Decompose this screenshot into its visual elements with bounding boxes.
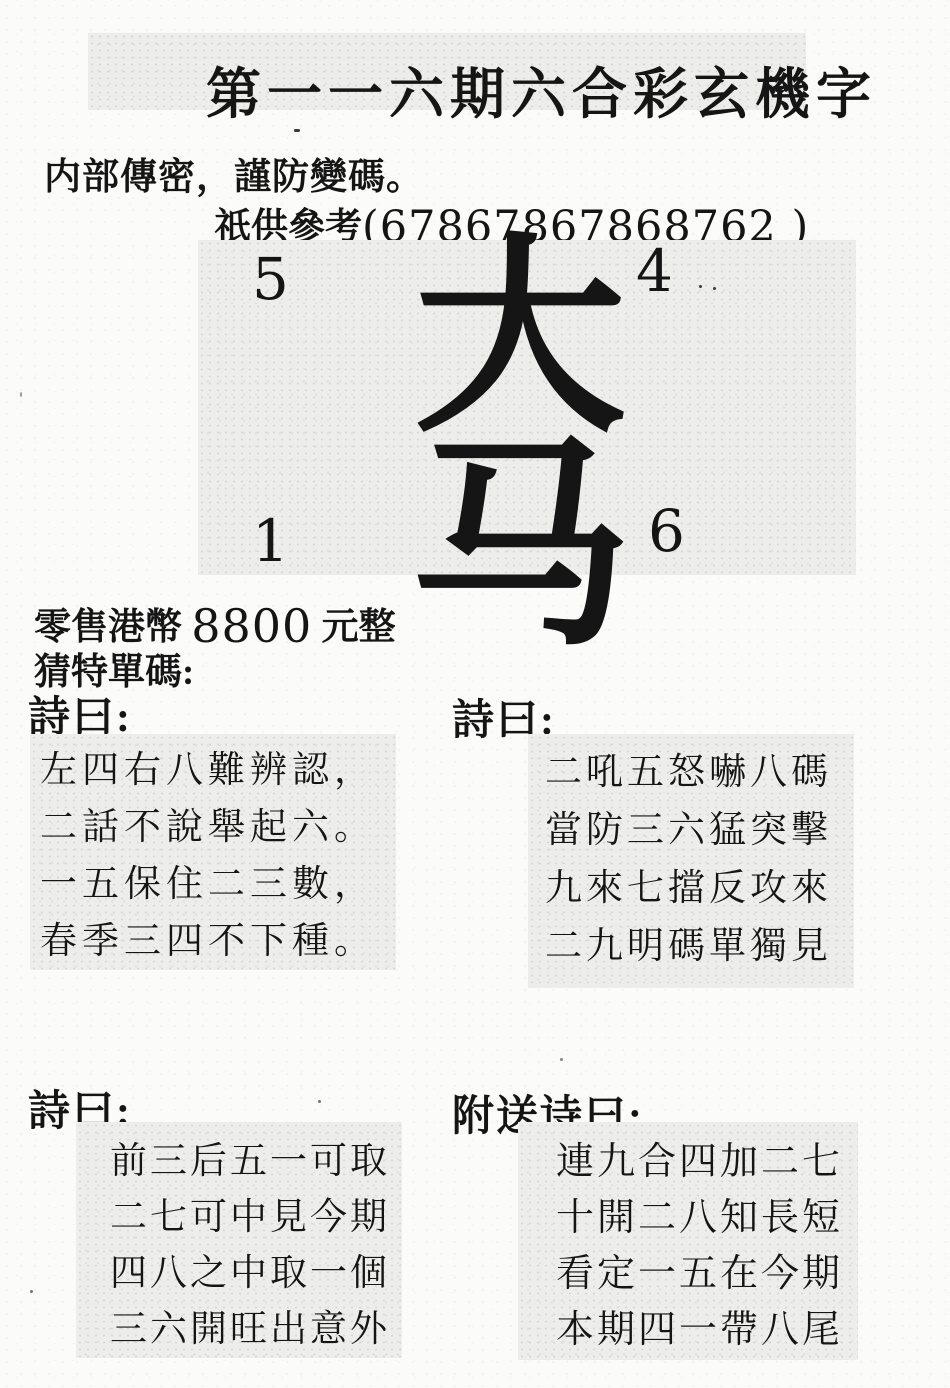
scan-artifact-dot xyxy=(699,285,702,288)
poem-line: 九來七擋反攻來 xyxy=(545,860,854,918)
poem-line: 二吼五怒嚇八碼 xyxy=(545,744,854,802)
internal-notice-text: 内部傳密，謹防變碼。 xyxy=(44,146,424,200)
poem-line: 十開二八知長短 xyxy=(556,1190,858,1246)
poem-line: 前三后五一可取 xyxy=(110,1134,402,1190)
poem-line: 本期四一帶八尾 xyxy=(556,1302,858,1358)
poem-box-top-left: 左四右八難辨認， 二話不說舉起六。 一五保住二三數， 春季三四不下種。 xyxy=(30,734,396,970)
poem-line: 三六開旺出意外 xyxy=(110,1302,402,1358)
poem-box-top-right: 二吼五怒嚇八碼 當防三六猛突擊 九來七擋反攻來 二九明碼單獨見 xyxy=(528,734,854,988)
scan-artifact-dot xyxy=(560,1058,563,1061)
scan-artifact-dot xyxy=(713,287,716,290)
poem-line: 一五保住二三數， xyxy=(40,856,396,913)
page-title: 第一一六期六合彩玄機字 xyxy=(206,50,877,129)
poem-line: 左四右八難辨認， xyxy=(40,742,396,799)
mystery-character-top-glyph: 大 xyxy=(352,234,688,446)
poem-box-bottom-left: 前三后五一可取 二七可中見今期 四八之中取一個 三六開旺出意外 xyxy=(76,1122,402,1358)
poem-line: 看定一五在今期 xyxy=(556,1246,858,1302)
corner-number-bottom-left: 1 xyxy=(252,512,289,570)
poem-line: 連九合四加二七 xyxy=(556,1134,858,1190)
corner-number-top-left: 5 xyxy=(252,250,289,308)
scan-artifact-dot xyxy=(294,129,300,132)
poem-line: 二話不說舉起六。 xyxy=(40,799,396,856)
lottery-mystery-sheet: 第一一六期六合彩玄機字 内部傳密，謹防變碼。 祇供參考(678678678687… xyxy=(0,0,950,1388)
poem-line: 二七可中見今期 xyxy=(110,1190,402,1246)
scan-artifact-dot xyxy=(20,392,22,397)
poem-box-bottom-right: 連九合四加二七 十開二八知長短 看定一五在今期 本期四一帶八尾 xyxy=(518,1122,858,1360)
poem-line: 春季三四不下種。 xyxy=(40,913,396,970)
mystery-character: 大 马 xyxy=(352,234,688,660)
price-suffix: 元整 xyxy=(322,607,396,648)
price-amount: 8800 xyxy=(191,599,312,653)
scan-artifact-dot xyxy=(30,1290,33,1293)
poem-line: 當防三六猛突擊 xyxy=(545,802,854,860)
poem-line: 二九明碼單獨見 xyxy=(545,918,854,976)
scan-artifact-dot xyxy=(318,1100,321,1103)
mystery-character-bottom-glyph: 马 xyxy=(352,438,688,660)
poem-line: 四八之中取一個 xyxy=(110,1246,402,1302)
